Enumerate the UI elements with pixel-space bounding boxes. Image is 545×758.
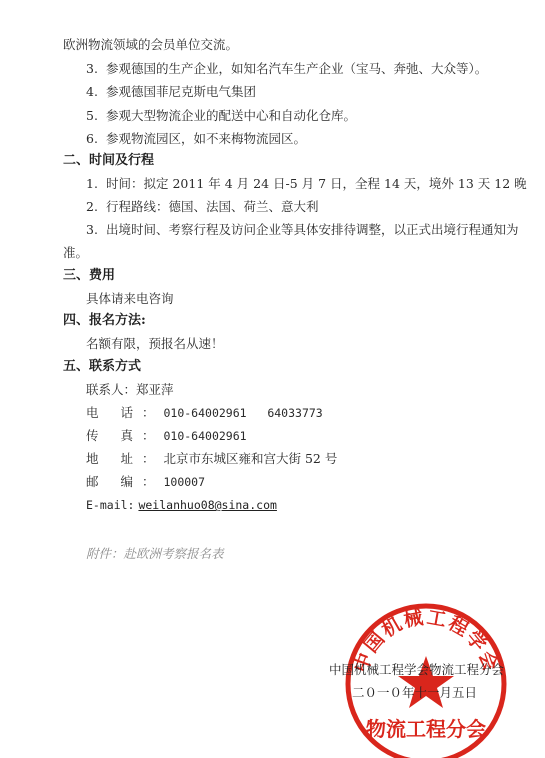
registration-body: 名额有限，预报名从速！ [86, 336, 224, 352]
address-label: 地 址： [86, 451, 163, 467]
postcode-value: 100007 [163, 475, 205, 489]
item-text: 行程路线：德国、法国、荷兰、意大利 [106, 199, 319, 214]
visit-item-4: 4.参观德国菲尼克斯电气集团 [86, 84, 256, 100]
visit-item-3: 3.参观德国的生产企业，如知名汽车生产企业（宝马、奔弛、大众等）。 [86, 61, 487, 77]
item-text: 参观德国菲尼克斯电气集团 [106, 84, 256, 99]
section-heading-contact: 五、联系方式 [63, 359, 141, 375]
item-text: 时间：拟定 2011 年 4 月 24 日-5 月 7 日，全程 14 天，境外… [106, 176, 527, 191]
continuation-line: 欧洲物流领域的会员单位交流。 [63, 37, 238, 53]
official-seal: 中国机械工程学会 物流工程分会 [340, 598, 512, 758]
item-number: 3. [86, 61, 106, 77]
visit-item-6: 6.参观物流园区，如不来梅物流园区。 [86, 131, 306, 147]
document-page: 欧洲物流领域的会员单位交流。 3.参观德国的生产企业，如知名汽车生产企业（宝马、… [0, 0, 545, 758]
postcode-row: 邮 编：100007 [86, 474, 205, 490]
section-heading-schedule: 二、时间及行程 [63, 153, 154, 169]
contact-person-value: 郑亚萍 [136, 382, 174, 397]
item-text: 参观大型物流企业的配送中心和自动化仓库。 [106, 108, 356, 123]
signature-date: 二０一０年十一月五日 [352, 683, 477, 701]
item-number: 4. [86, 84, 106, 100]
visit-item-5: 5.参观大型物流企业的配送中心和自动化仓库。 [86, 108, 356, 124]
phone-row: 电 话：010-64002961 64033773 [86, 405, 323, 421]
email-row: E-mail: weilanhuo08@sina.com [86, 497, 277, 513]
address-value: 北京市东城区雍和宫大街 52 号 [163, 451, 337, 466]
email-label: E-mail: [86, 498, 134, 512]
address-row: 地 址：北京市东城区雍和宫大街 52 号 [86, 451, 337, 467]
fax-label: 传 真： [86, 428, 163, 444]
schedule-item-3-wrap: 准。 [63, 245, 88, 261]
contact-person-label: 联系人： [86, 382, 136, 397]
contact-person-row: 联系人：郑亚萍 [86, 382, 174, 398]
section-heading-registration: 四、报名方法: [63, 313, 146, 329]
item-number: 2. [86, 199, 106, 215]
item-number: 1. [86, 176, 106, 192]
item-number: 6. [86, 131, 106, 147]
item-number: 5. [86, 108, 106, 124]
fax-value: 010-64002961 [163, 429, 246, 443]
schedule-item-1: 1.时间：拟定 2011 年 4 月 24 日-5 月 7 日，全程 14 天，… [86, 176, 527, 192]
item-text: 出境时间、考察行程及访问企业等具体安排待调整，以正式出境行程通知为 [106, 222, 519, 237]
phone-value: 010-64002961 64033773 [163, 406, 322, 420]
section-heading-fees: 三、费用 [63, 268, 115, 284]
item-number: 3. [86, 222, 106, 238]
signature-organization: 中国机械工程学会物流工程分会 [329, 660, 504, 678]
fees-body: 具体请来电咨询 [86, 291, 174, 307]
attachment-note: 附件：赴欧洲考察报名表 [86, 546, 224, 562]
item-text: 参观物流园区，如不来梅物流园区。 [106, 131, 306, 146]
schedule-item-3: 3.出境时间、考察行程及访问企业等具体安排待调整，以正式出境行程通知为 [86, 222, 519, 238]
schedule-item-2: 2.行程路线：德国、法国、荷兰、意大利 [86, 199, 319, 215]
phone-label: 电 话： [86, 405, 163, 421]
fax-row: 传 真：010-64002961 [86, 428, 247, 444]
postcode-label: 邮 编： [86, 474, 163, 490]
seal-bottom-text: 物流工程分会 [366, 717, 486, 741]
item-text: 参观德国的生产企业，如知名汽车生产企业（宝马、奔弛、大众等）。 [106, 61, 487, 76]
email-link[interactable]: weilanhuo08@sina.com [138, 498, 276, 512]
